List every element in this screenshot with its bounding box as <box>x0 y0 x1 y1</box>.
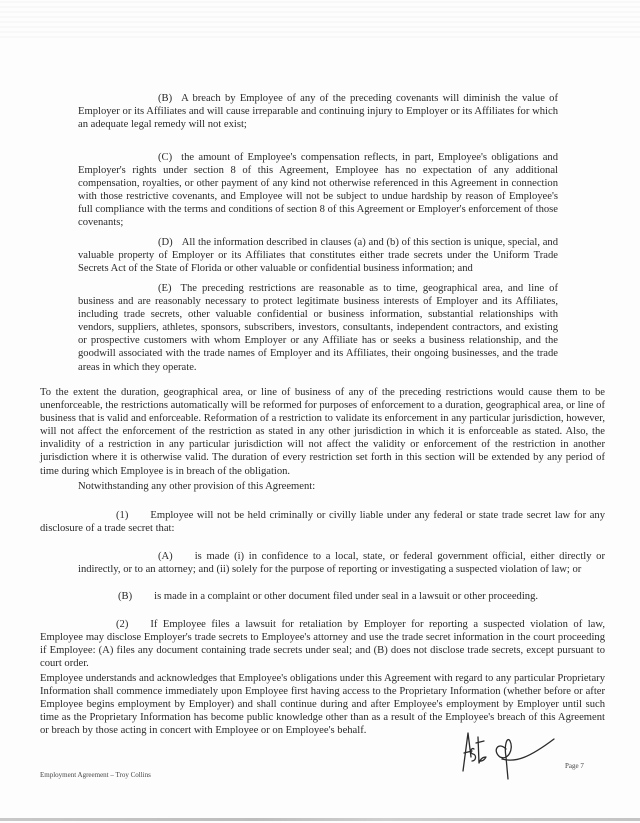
scan-noise <box>0 0 640 38</box>
immunity-item-1a: (A)is made (i) in confidence to a local,… <box>78 550 605 576</box>
clause-label: (B) <box>118 92 172 105</box>
clause-text: the amount of Employee's compensation re… <box>78 152 558 228</box>
clause-label: (D) <box>118 236 173 249</box>
item-label: (2) <box>78 618 128 631</box>
notwithstanding-line: Notwithstanding any other provision of t… <box>40 480 605 493</box>
clause-d: (D)All the information described in clau… <box>78 236 558 275</box>
clause-text: The preceding restrictions are reasonabl… <box>78 283 558 373</box>
signature-initials-icon <box>458 727 578 787</box>
footer-document-title: Employment Agreement – Troy Collins <box>40 771 151 779</box>
item-label: (B) <box>118 590 132 603</box>
page-bottom-edge <box>0 818 640 821</box>
clause-b: (B)A breach by Employee of any of the pr… <box>78 92 558 131</box>
immunity-item-2: (2)If Employee files a lawsuit for retal… <box>40 618 605 670</box>
item-text: is made in a complaint or other document… <box>154 591 538 602</box>
immunity-item-1b: (B)is made in a complaint or other docum… <box>118 590 605 603</box>
clause-label: (C) <box>118 151 172 164</box>
item-label: (1) <box>78 509 128 522</box>
clause-label: (E) <box>118 282 172 295</box>
reformation-paragraph: To the extent the duration, geographical… <box>40 386 605 478</box>
item-label: (A) <box>118 550 173 563</box>
immunity-item-1: (1)Employee will not be held criminally … <box>40 509 605 535</box>
clause-e: (E)The preceding restrictions are reason… <box>78 282 558 374</box>
footer-page-number: Page 7 <box>565 762 584 770</box>
clause-c: (C)the amount of Employee's compensation… <box>78 151 558 230</box>
document-page: (B)A breach by Employee of any of the pr… <box>0 0 640 823</box>
